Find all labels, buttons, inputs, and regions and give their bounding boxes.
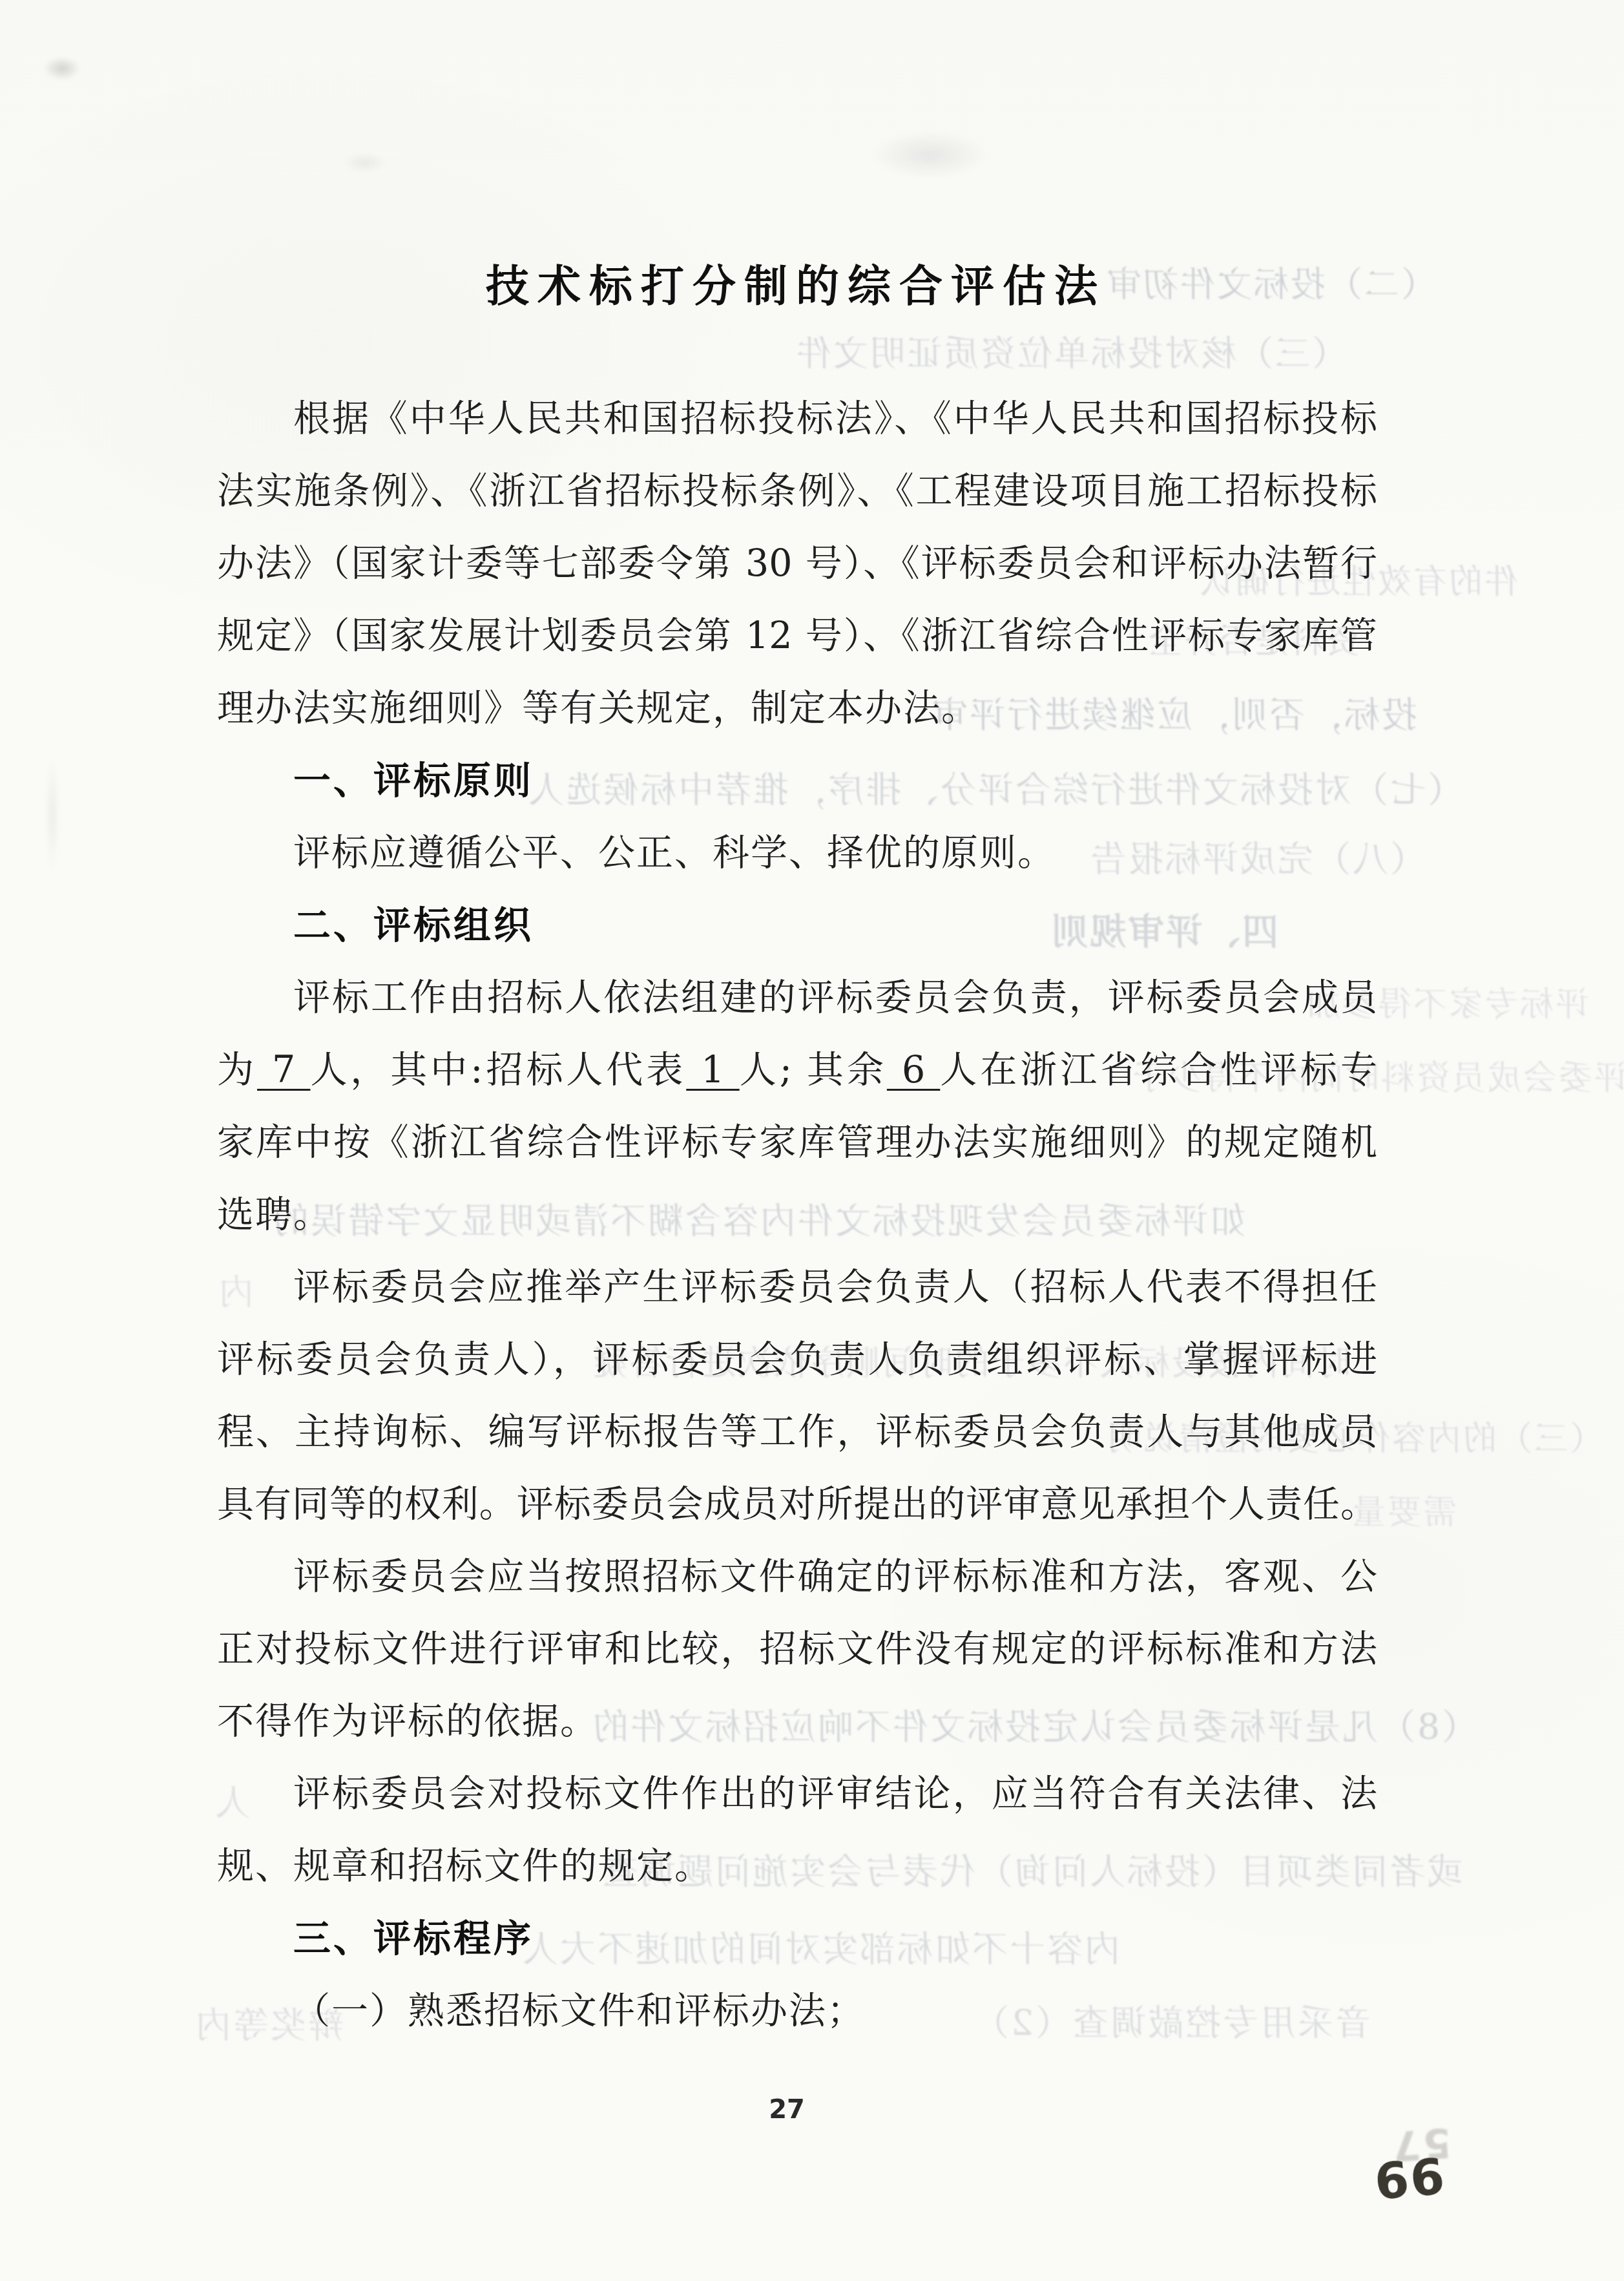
text-line: 根据《中华人民共和国招标投标法》、《中华人民共和国招标投标 <box>217 383 1377 455</box>
text-line: 评标委员会应当按照招标文件确定的评标标准和方法，客观、公 <box>217 1540 1377 1613</box>
scanned-document-page: { "page": { "title": "技术标打分制的综合评估法", "pa… <box>0 0 1624 2281</box>
stamp-number: 66 <box>1372 2147 1448 2211</box>
text-line: 理办法实施细则》等有关规定，制定本办法。 <box>217 672 1377 744</box>
text-line: 评标委员会应推举产生评标委员会负责人（招标人代表不得担任 <box>217 1251 1377 1323</box>
bleedthrough-text: （二）投标文件初审 <box>1105 257 1436 307</box>
text-line: （一）熟悉招标文件和评标办法； <box>217 1975 1377 2047</box>
scan-smudge <box>336 150 394 176</box>
text-line: 评标委员会对投标文件作出的评审结论，应当符合有关法律、法 <box>217 1758 1377 1830</box>
text-segment: 人; 其余 <box>740 1049 887 1091</box>
text-line: 为 7 人，其中:招标人代表 1 人; 其余 6 人在浙江省综合性评标专 <box>217 1034 1377 1106</box>
text-line: 评标工作由招标人依法组建的评标委员会负责，评标委员会成员 <box>217 962 1377 1034</box>
text-line: 评标委员会负责人），评标委员会负责人负责组织评标、掌握评标进 <box>217 1323 1377 1396</box>
text-line: 程、主持询标、编写评标报告等工作，评标委员会负责人与其他成员 <box>217 1396 1377 1468</box>
scan-smudge <box>853 123 1008 187</box>
text-lines: 根据《中华人民共和国招标投标法》、《中华人民共和国招标投标法实施条例》、《浙江省… <box>217 383 1377 2047</box>
section-heading: 三、评标程序 <box>217 1902 1377 1975</box>
text-line: 评标应遵循公平、公正、科学、择优的原则。 <box>217 817 1377 889</box>
text-line: 正对投标文件进行评审和比较，招标文件没有规定的评标标准和方法 <box>217 1613 1377 1685</box>
text-line: 规、规章和招标文件的规定。 <box>217 1830 1377 1902</box>
section-heading: 二、评标组织 <box>217 889 1377 962</box>
bleedthrough-text: （三）核对投标单位资质证明文件 <box>795 326 1347 376</box>
underlined-value: 1 <box>686 1049 739 1091</box>
text-line: 法实施条例》、《浙江省招标投标条例》、《工程建设项目施工招标投标 <box>217 455 1377 527</box>
scan-smudge <box>37 53 87 84</box>
scan-smudge <box>43 737 62 892</box>
text-segment: 人，其中:招标人代表 <box>310 1049 686 1091</box>
text-line: 选聘。 <box>217 1179 1377 1251</box>
underlined-value: 6 <box>887 1049 940 1091</box>
page-number: 27 <box>742 2095 832 2125</box>
text-line: 规定》（国家发展计划委员会第 12 号）、《浙江省综合性评标专家库管 <box>217 600 1377 672</box>
text-segment: 为 <box>217 1049 257 1091</box>
underlined-value: 7 <box>257 1049 310 1091</box>
page-title: 技术标打分制的综合评估法 <box>486 252 1106 314</box>
text-segment: 人在浙江省综合性评标专 <box>940 1049 1377 1091</box>
text-line: 具有同等的权利。评标委员会成员对所提出的评审意见承担个人责任。 <box>217 1468 1377 1540</box>
text-line: 不得作为评标的依据。 <box>217 1685 1377 1758</box>
text-line: 办法》（国家计委等七部委令第 30 号）、《评标委员会和评标办法暂行 <box>217 527 1377 600</box>
text-line: 家库中按《浙江省综合性评标专家库管理办法实施细则》的规定随机 <box>217 1106 1377 1179</box>
section-heading: 一、评标原则 <box>217 744 1377 817</box>
